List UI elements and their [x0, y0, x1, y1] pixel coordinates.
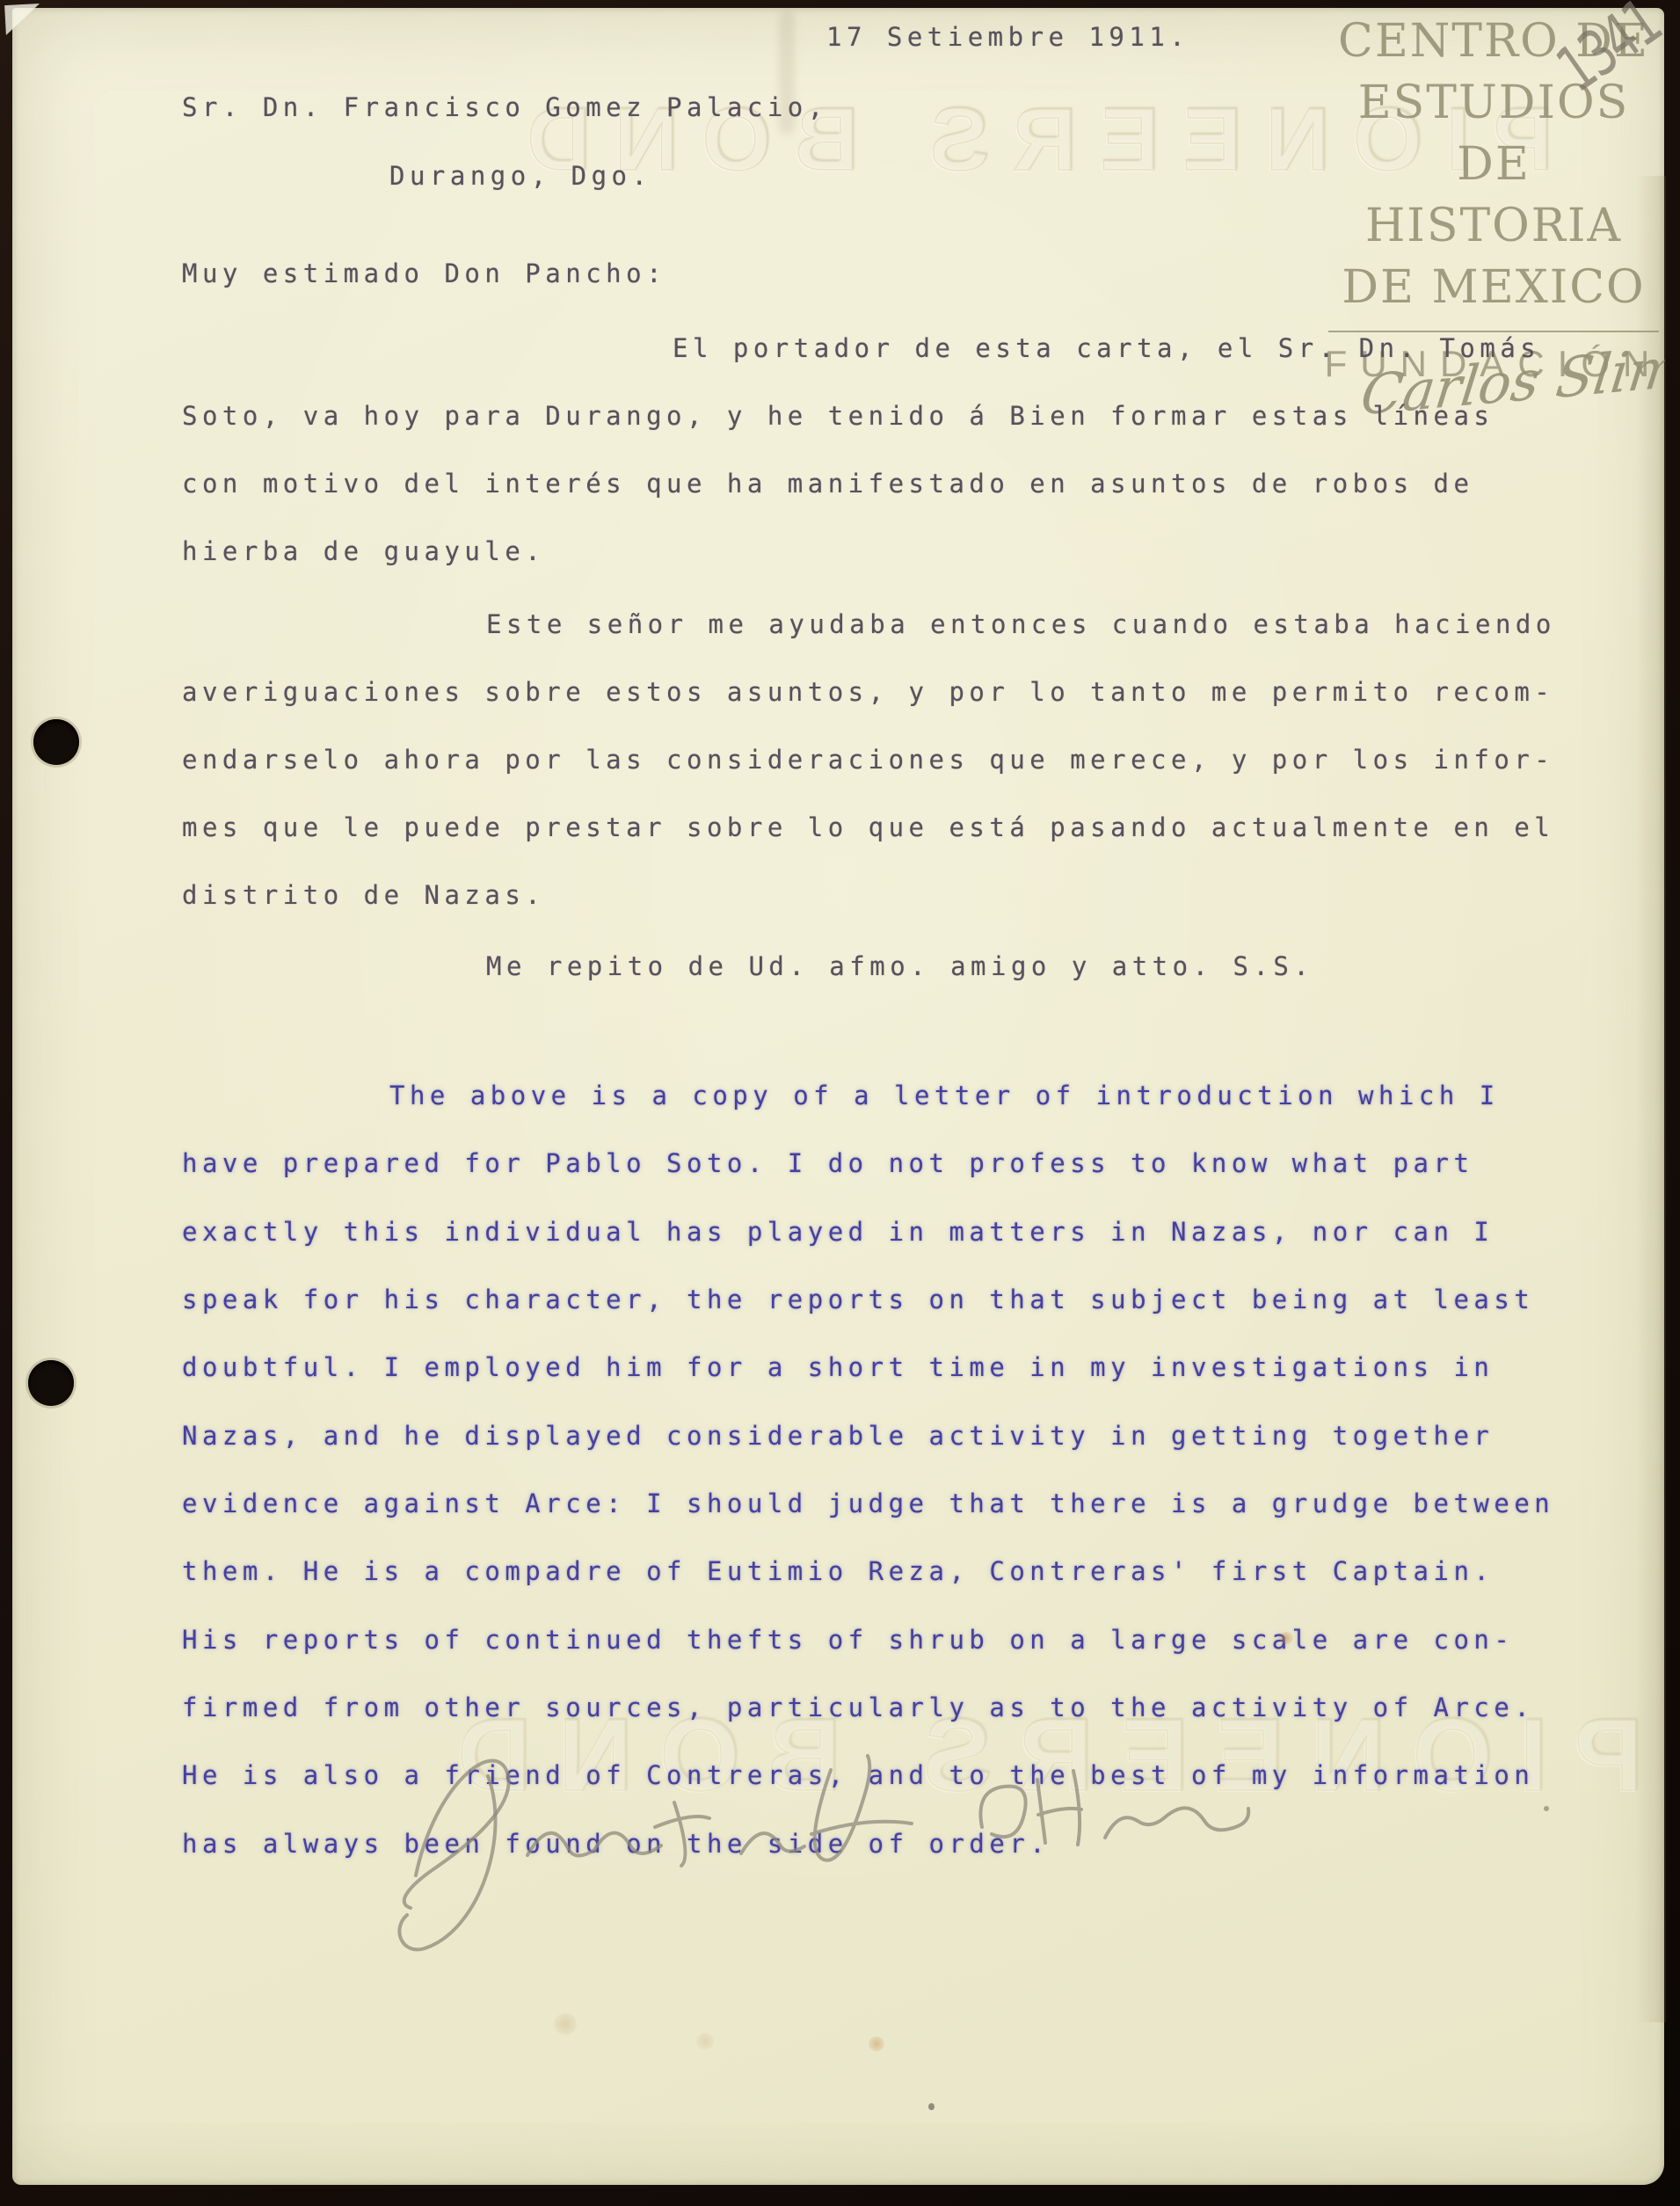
- foxing-stain: [869, 2036, 884, 2051]
- spanish-body-line: endarselo ahora por las consideraciones …: [182, 747, 1554, 773]
- letter-date: 17 Setiembre 1911.: [826, 25, 1189, 50]
- spanish-body-line: El portador de esta carta, el Sr. Dn. To…: [673, 336, 1540, 361]
- recipient-city: Durango, Dgo.: [389, 164, 651, 189]
- archive-stamp-divider: [1328, 331, 1659, 332]
- spanish-body-line: Este señor me ayudaba entonces cuando es…: [486, 612, 1556, 637]
- archive-stamp-line: DE MEXICO: [1323, 257, 1664, 318]
- foxing-stain: [696, 2033, 714, 2049]
- spanish-body-line: con motivo del interés que ha manifestad…: [182, 471, 1473, 497]
- spanish-body-line: mes que le puede prestar sobre lo que es…: [182, 815, 1554, 841]
- hole-punch-top: [33, 719, 79, 765]
- dark-speck: [928, 2103, 935, 2110]
- english-body-line: His reports of continued thefts of shrub…: [182, 1627, 1514, 1653]
- recipient-line: Sr. Dn. Francisco Gomez Palacio,: [182, 95, 828, 120]
- english-body-line: have prepared for Pablo Soto. I do not p…: [182, 1151, 1473, 1176]
- english-body-line: exactly this individual has played in ma…: [182, 1219, 1494, 1245]
- foxing-stain: [554, 2013, 577, 2035]
- archive-stamp-line: DE HISTORIA: [1323, 134, 1664, 257]
- hole-punch-bottom: [28, 1360, 74, 1406]
- pencil-signature: [356, 1722, 1253, 1959]
- english-body-line: evidence against Arce: I should judge th…: [182, 1491, 1554, 1517]
- spanish-body-line: hierba de guayule.: [182, 539, 545, 564]
- spanish-closing-line: Me repito de Ud. afmo. amigo y atto. S.S…: [486, 954, 1313, 979]
- english-body-line: speak for his character, the reports on …: [182, 1287, 1534, 1313]
- english-body-line: them. He is a compadre of Eutimio Reza, …: [182, 1559, 1494, 1584]
- english-body-line: firmed from other sources, particularly …: [182, 1695, 1534, 1721]
- english-body-line: Nazas, and he displayed considerable act…: [182, 1423, 1494, 1449]
- scanned-letter-page: PIONEERS BOND PIONEERS BOND CENTRO DE ES…: [0, 0, 1680, 2206]
- foxing-stain: [1279, 1632, 1293, 1644]
- spanish-body-line: averiguaciones sobre estos asuntos, y po…: [182, 680, 1554, 705]
- paper-corner-sliver: [4, 4, 41, 35]
- salutation-line: Muy estimado Don Pancho:: [182, 261, 666, 287]
- spanish-body-line: Soto, va hoy para Durango, y he tenido á…: [182, 404, 1494, 429]
- spanish-body-line: distrito de Nazas.: [182, 883, 545, 908]
- ink-smudge: [779, 11, 795, 134]
- dark-speck: [1544, 1806, 1549, 1811]
- english-body-line: The above is a copy of a letter of intro…: [389, 1083, 1500, 1109]
- english-body-line: doubtful. I employed him for a short tim…: [182, 1355, 1494, 1380]
